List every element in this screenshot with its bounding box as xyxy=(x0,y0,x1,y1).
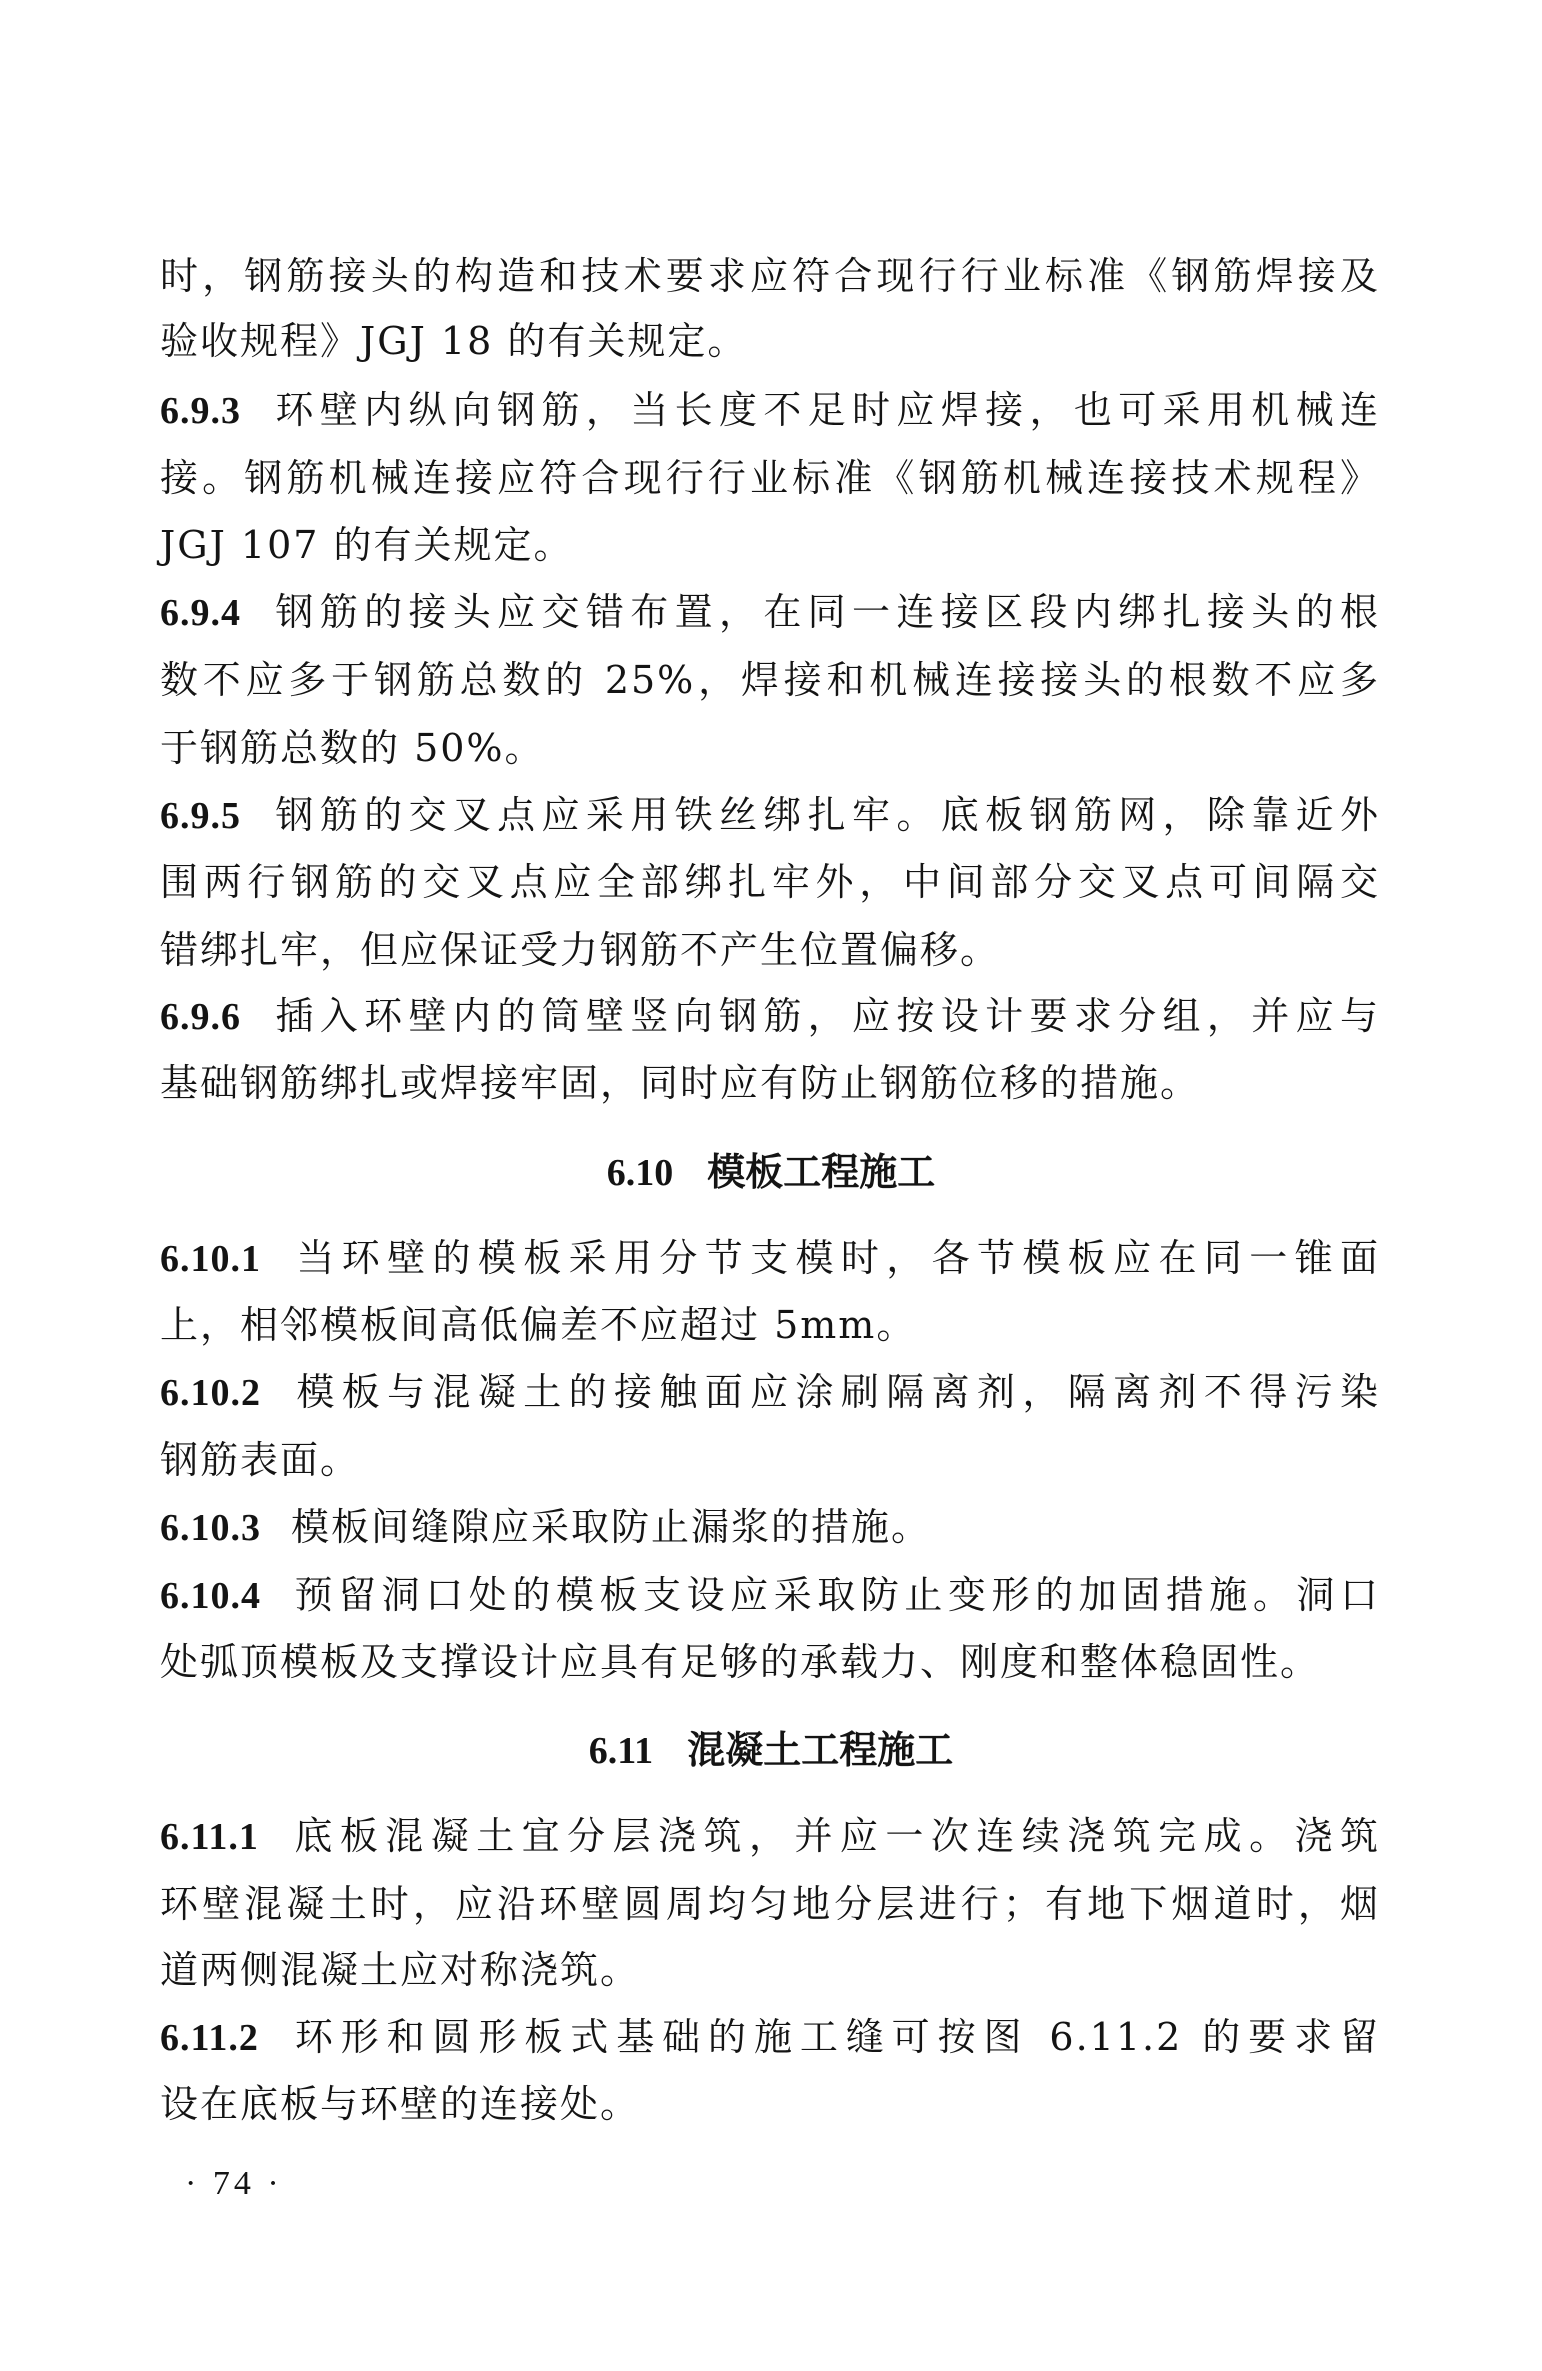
clause-6-10-4: 6.10.4预留洞口处的模板支设应采取防止变形的加固措施。洞口 xyxy=(160,1562,1380,1628)
clause-6-9-6-line-2: 基础钢筋绑扎或焊接牢固，同时应有防止钢筋位移的措施。 xyxy=(160,1050,1380,1116)
section-title: 混凝土工程施工 xyxy=(687,1728,953,1772)
clause-number: 6.11.2 xyxy=(160,2017,259,2059)
clause-6-9-3-line-2: 接。钢筋机械连接应符合现行行业标准《钢筋机械连接技术规程》 xyxy=(160,445,1380,511)
clause-6-9-5-line-3: 错绑扎牢，但应保证受力钢筋不产生位置偏移。 xyxy=(160,917,1380,983)
continuation-line-1: 时，钢筋接头的构造和技术要求应符合现行行业标准《钢筋焊接及 xyxy=(160,243,1380,309)
clause-text: 模板间缝隙应采取防止漏浆的措施。 xyxy=(291,1505,931,1549)
clause-6-9-4-line-3: 于钢筋总数的 50%。 xyxy=(160,715,1380,781)
clause-6-10-1: 6.10.1当环壁的模板采用分节支模时，各节模板应在同一锥面 xyxy=(160,1225,1380,1291)
section-title: 模板工程施工 xyxy=(707,1150,935,1194)
clause-number: 6.10.4 xyxy=(160,1575,261,1617)
clause-6-9-6: 6.9.6插入环壁内的筒壁竖向钢筋，应按设计要求分组，并应与 xyxy=(160,983,1380,1049)
section-heading-6-10: 6.10模板工程施工 xyxy=(0,1137,1542,1207)
clause-number: 6.11.1 xyxy=(160,1816,259,1858)
clause-6-11-2: 6.11.2环形和圆形板式基础的施工缝可按图 6.11.2 的要求留 xyxy=(160,2004,1380,2070)
clause-text: 当环壁的模板采用分节支模时，各节模板应在同一锥面 xyxy=(291,1236,1380,1280)
clause-6-11-1: 6.11.1底板混凝土宜分层浇筑，并应一次连续浇筑完成。浇筑 xyxy=(160,1803,1380,1869)
section-heading-6-11: 6.11混凝土工程施工 xyxy=(0,1715,1542,1785)
clause-text: 环壁内纵向钢筋，当长度不足时应焊接，也可采用机械连 xyxy=(271,388,1380,432)
page-number: · 74 · xyxy=(185,2165,283,2203)
clause-6-10-2: 6.10.2模板与混凝土的接触面应涂刷隔离剂，隔离剂不得污染 xyxy=(160,1359,1380,1425)
clause-number: 6.9.5 xyxy=(160,795,241,837)
clause-6-11-2-line-2: 设在底板与环壁的连接处。 xyxy=(160,2071,1380,2137)
clause-6-11-1-line-2: 环壁混凝土时，应沿环壁圆周均匀地分层进行；有地下烟道时，烟 xyxy=(160,1871,1380,1937)
clause-number: 6.10.1 xyxy=(160,1238,261,1280)
clause-6-9-5-line-2: 围两行钢筋的交叉点应全部绑扎牢外，中间部分交叉点可间隔交 xyxy=(160,849,1380,915)
clause-6-9-3: 6.9.3环壁内纵向钢筋，当长度不足时应焊接，也可采用机械连 xyxy=(160,377,1380,443)
clause-text: 模板与混凝土的接触面应涂刷隔离剂，隔离剂不得污染 xyxy=(291,1370,1380,1414)
clause-6-9-4: 6.9.4钢筋的接头应交错布置，在同一连接区段内绑扎接头的根 xyxy=(160,579,1380,645)
clause-6-11-1-line-3: 道两侧混凝土应对称浇筑。 xyxy=(160,1937,1380,2003)
clause-text: 插入环壁内的筒壁竖向钢筋，应按设计要求分组，并应与 xyxy=(271,994,1380,1038)
clause-text: 底板混凝土宜分层浇筑，并应一次连续浇筑完成。浇筑 xyxy=(289,1814,1380,1858)
clause-6-10-1-line-2: 上，相邻模板间高低偏差不应超过 5mm。 xyxy=(160,1292,1380,1358)
clause-number: 6.9.3 xyxy=(160,390,241,432)
clause-text: 钢筋的接头应交错布置，在同一连接区段内绑扎接头的根 xyxy=(271,590,1380,634)
clause-text: 钢筋的交叉点应采用铁丝绑扎牢。底板钢筋网，除靠近外 xyxy=(271,793,1380,837)
clause-6-10-3: 6.10.3模板间缝隙应采取防止漏浆的措施。 xyxy=(160,1494,1380,1560)
clause-text: 环形和圆形板式基础的施工缝可按图 6.11.2 的要求留 xyxy=(289,2015,1380,2059)
clause-text: 预留洞口处的模板支设应采取防止变形的加固措施。洞口 xyxy=(291,1573,1380,1617)
continuation-line-2: 验收规程》JGJ 18 的有关规定。 xyxy=(160,308,1380,374)
section-number: 6.10 xyxy=(607,1152,674,1194)
clause-6-10-2-line-2: 钢筋表面。 xyxy=(160,1427,1380,1493)
clause-number: 6.9.4 xyxy=(160,592,241,634)
clause-number: 6.10.3 xyxy=(160,1507,261,1549)
clause-number: 6.10.2 xyxy=(160,1372,261,1414)
clause-6-9-3-line-3: JGJ 107 的有关规定。 xyxy=(160,512,1380,578)
clause-6-9-4-line-2: 数不应多于钢筋总数的 25%，焊接和机械连接接头的根数不应多 xyxy=(160,647,1380,713)
section-number: 6.11 xyxy=(589,1730,653,1772)
clause-6-9-5: 6.9.5钢筋的交叉点应采用铁丝绑扎牢。底板钢筋网，除靠近外 xyxy=(160,782,1380,848)
clause-6-10-4-line-2: 处弧顶模板及支撑设计应具有足够的承载力、刚度和整体稳固性。 xyxy=(160,1629,1380,1695)
clause-number: 6.9.6 xyxy=(160,996,241,1038)
